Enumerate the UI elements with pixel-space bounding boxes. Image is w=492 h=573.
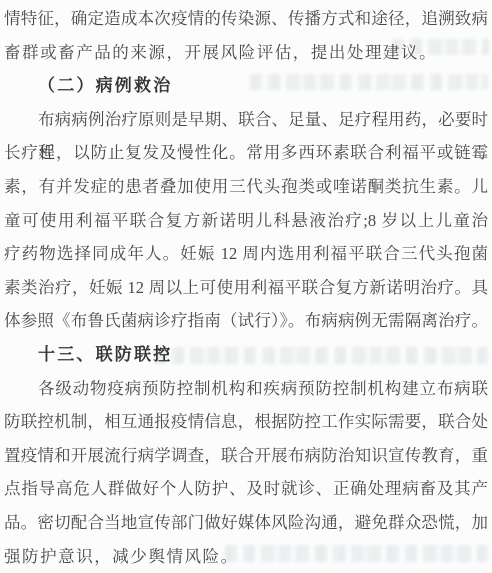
text-line: 布病病例治疗原则是早期、联合、足量、足疗程用药，必要时延 <box>0 103 492 137</box>
text-line: 情特征，确定造成本次疫情的传染源、传播方式和途径，追溯致病 <box>0 2 492 36</box>
text-line: 疗药物选择同成年人。妊娠 12 周内选用利福平联合三代头孢菌 <box>0 237 492 271</box>
heading-joint-prevention-control: 十三、联防联控 <box>0 338 492 372</box>
text-line: 体参照《布鲁氏菌病诊疗指南（试行）》。布病病例无需隔离治疗。 <box>0 304 492 338</box>
text-line: 素类治疗，妊娠 12 周以上可使用利福平联合复方新诺明治疗。具 <box>0 271 492 305</box>
text-line: 防联控机制，相互通报疫情信息，根据防控工作实际需要，联合处 <box>0 405 492 439</box>
text-line: 点指导高危人群做好个人防护、及时就诊、正确处理病畜及其产 <box>0 472 492 506</box>
text-line: 强防护意识，减少舆情风险。 <box>0 540 492 573</box>
text-line: 置疫情和开展流行病学调查，联合开展布病防治知识宣传教育，重 <box>0 439 492 473</box>
heading-case-treatment: （二）病例救治 <box>0 69 492 103</box>
text-line: 素，有并发症的患者叠加使用三代头孢类或喹诺酮类抗生素。儿 <box>0 170 492 204</box>
text-line: 各级动物疫病预防控制机构和疾病预防控制机构建立布病联 <box>0 372 492 406</box>
document-page: 情特征，确定造成本次疫情的传染源、传播方式和途径，追溯致病 畜群或畜产品的来源，… <box>0 0 492 573</box>
text-line: 童可使用利福平联合复方新诺明儿科悬液治疗;8 岁以上儿童治 <box>0 204 492 238</box>
text-line: 长疗程，以防止复发及慢性化。常用多西环素联合利福平或链霉 <box>0 136 492 170</box>
text-line: 品。密切配合当地宣传部门做好媒体风险沟通，避免群众恐慌，加 <box>0 506 492 540</box>
text-line: 畜群或畜产品的来源，开展风险评估，提出处理建议。 <box>0 36 492 70</box>
